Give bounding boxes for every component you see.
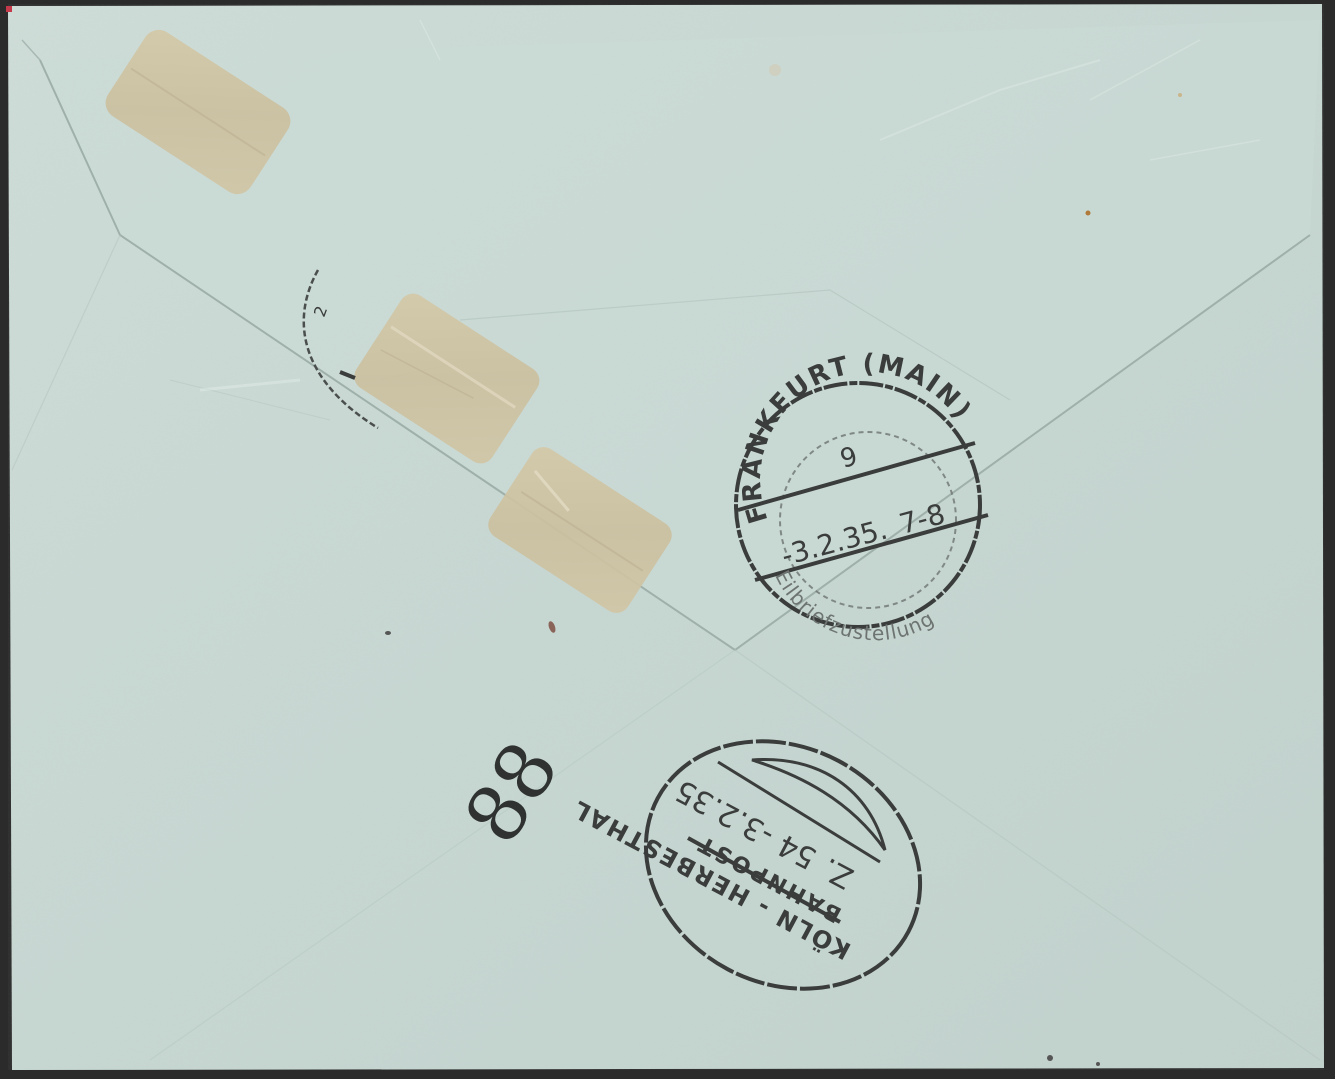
corner-mark: [6, 6, 12, 12]
envelope-photo: 2 FRANKFURT (MAIN) 9 -3.2.35. 7-8 Eilbri…: [0, 0, 1335, 1079]
